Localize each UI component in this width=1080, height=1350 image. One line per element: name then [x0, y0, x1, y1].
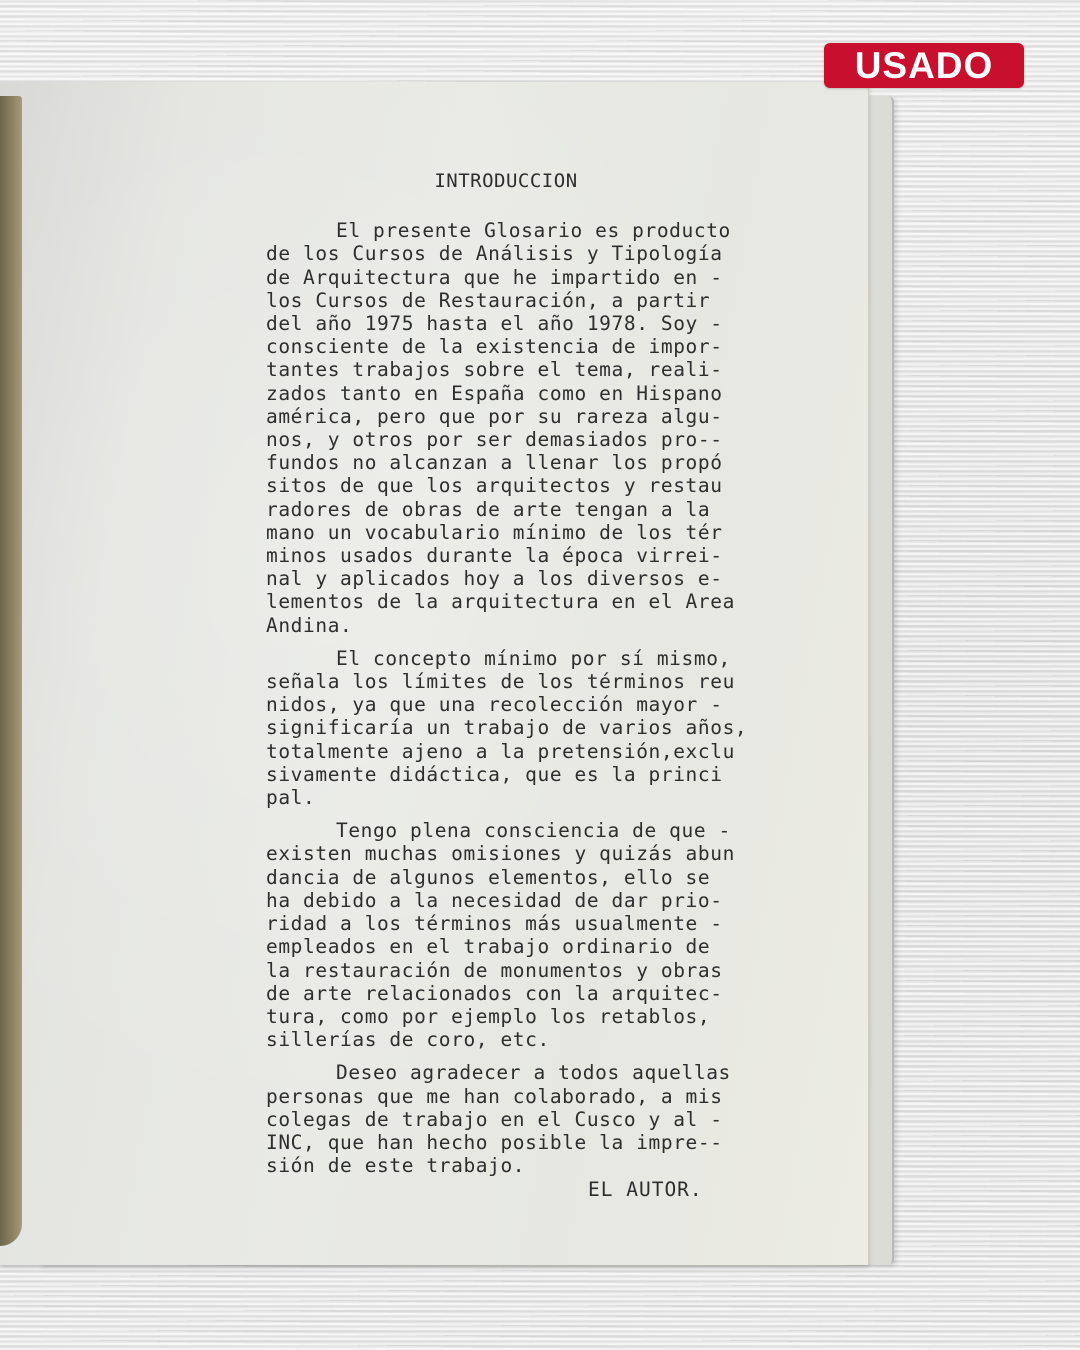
text-line: ha debido a la necesidad de dar prio- — [266, 889, 786, 912]
text-line: nidos, ya que una recolección mayor - — [266, 693, 786, 716]
text-line: la restauración de monumentos y obras — [266, 959, 786, 982]
text-line: zados tanto en España como en Hispano — [266, 382, 786, 405]
text-line: sitos de que los arquitectos y restau — [266, 474, 786, 497]
text-line: existen muchas omisiones y quizás abun — [266, 842, 786, 865]
text-line: los Cursos de Restauración, a partir — [266, 289, 786, 312]
text-line: ridad a los términos más usualmente - — [266, 912, 786, 935]
book-cover-edge — [0, 96, 22, 1246]
text-line: consciente de la existencia de impor- — [266, 335, 786, 358]
text-line: señala los límites de los términos reu — [266, 670, 786, 693]
text-line: lementos de la arquitectura en el Area — [266, 590, 786, 613]
text-line: Tengo plena consciencia de que - — [266, 819, 786, 842]
text-line: sivamente didáctica, que es la princi — [266, 763, 786, 786]
text-line: nal y aplicados hoy a los diversos e- — [266, 567, 786, 590]
text-line: nos, y otros por ser demasiados pro-- — [266, 428, 786, 451]
text-line: Andina. — [266, 614, 786, 637]
text-line: fundos no alcanzan a llenar los propó — [266, 451, 786, 474]
introduction-text: INTRODUCCION El presente Glosario es pro… — [266, 170, 786, 1187]
paragraph-3: Tengo plena consciencia de que - existen… — [266, 819, 786, 1051]
used-condition-badge: USADO — [824, 43, 1024, 88]
text-line: INC, que han hecho posible la impre-- — [266, 1131, 786, 1154]
text-line: El concepto mínimo por sí mismo, — [266, 647, 786, 670]
text-line: de arte relacionados con la arquitec- — [266, 982, 786, 1005]
text-line: dancia de algunos elementos, ello se — [266, 866, 786, 889]
text-line: totalmente ajeno a la pretensión,exclu — [266, 740, 786, 763]
text-line: de Arquitectura que he impartido en - — [266, 266, 786, 289]
text-line: minos usados durante la época virrei- — [266, 544, 786, 567]
text-line: sillerías de coro, etc. — [266, 1028, 786, 1051]
text-line: colegas de trabajo en el Cusco y al - — [266, 1108, 786, 1131]
paragraph-4: Deseo agradecer a todos aquellas persona… — [266, 1061, 786, 1177]
text-line: Deseo agradecer a todos aquellas — [266, 1061, 786, 1084]
text-line: significaría un trabajo de varios años, — [266, 716, 786, 739]
text-line: personas que me han colaborado, a mis — [266, 1085, 786, 1108]
text-line: del año 1975 hasta el año 1978. Soy - — [266, 312, 786, 335]
text-line: américa, pero que por su rareza algu- — [266, 405, 786, 428]
text-line: mano un vocabulario mínimo de los tér — [266, 521, 786, 544]
author-signature: EL AUTOR. — [588, 1178, 703, 1201]
page-title: INTRODUCCION — [226, 170, 786, 193]
text-line: empleados en el trabajo ordinario de — [266, 935, 786, 958]
paragraph-2: El concepto mínimo por sí mismo, señala … — [266, 647, 786, 809]
text-line: tantes trabajos sobre el tema, reali- — [266, 358, 786, 381]
text-line: El presente Glosario es producto — [266, 219, 786, 242]
paragraph-1: El presente Glosario es producto de los … — [266, 219, 786, 637]
text-line: sión de este trabajo. — [266, 1154, 786, 1177]
text-line: de los Cursos de Análisis y Tipología — [266, 242, 786, 265]
text-line: radores de obras de arte tengan a la — [266, 498, 786, 521]
text-line: pal. — [266, 786, 786, 809]
text-line: tura, como por ejemplo los retablos, — [266, 1005, 786, 1028]
